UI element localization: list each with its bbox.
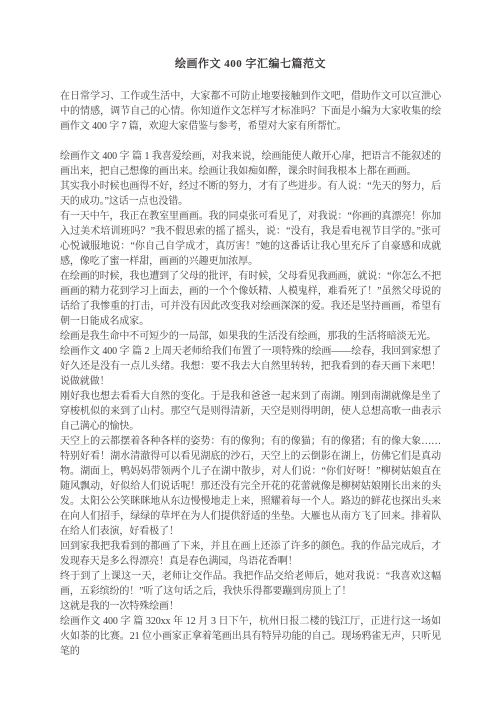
essay-paragraph: 有一天中午，我正在教室里画画。我的同桌张可看见了，对我说：“你画的真漂亮！你加入… xyxy=(60,209,441,269)
page-title: 绘画作文 400 字汇编七篇范文 xyxy=(60,57,441,72)
essay-paragraph: 刚好我也想去看看大自然的变化。于是我和爸爸一起来到了南湖。刚到南湖就像是坐了穿梭… xyxy=(60,389,441,434)
document-content: 绘画作文 400 字汇编七篇范文 在日常学习、工作或生活中，大家都不可防止地要接… xyxy=(60,57,441,659)
essay-paragraph: 终于到了上课这一天，老师让交作品。我把作品交给老师后，她对我说：“我喜欢这幅画，… xyxy=(60,569,441,599)
document-page: 绘画作文 400 字汇编七篇范文 在日常学习、工作或生活中，大家都不可防止地要接… xyxy=(0,0,500,707)
essay-paragraph: 绘画作文 400 字 篇 1 我喜爱绘画，对我来说，绘画能使人敞开心扉，把语言不… xyxy=(60,149,441,179)
essay-paragraph: 天空上的云都摆着各种各样的姿势：有的像狗；有的像猫；有的像猪；有的像大象……特别… xyxy=(60,434,441,539)
essay-paragraph: 在日常学习、工作或生活中，大家都不可防止地要接触到作文吧，借助作文可以宣泄心中的… xyxy=(60,89,441,134)
essay-paragraph: 其实我小时候也画得不好，经过不断的努力，才有了些进步。有人说：“先天的努力，后天… xyxy=(60,179,441,209)
essay-paragraph: 在绘画的时候，我也遭到了父母的批评，有时候，父母看见我画画，就说：“你怎么不把画… xyxy=(60,269,441,329)
essay-body: 在日常学习、工作或生活中，大家都不可防止地要接触到作文吧，借助作文可以宣泄心中的… xyxy=(60,89,441,659)
essay-paragraph: 绘画是我生命中不可短少的一局部，如果我的生活没有绘画，那我的生活将暗淡无光。 xyxy=(60,329,441,344)
essay-paragraph: 回到家我把我看到的都画了下来，并且在画上还添了许多的颜色。我的作品完成后，才发现… xyxy=(60,539,441,569)
essay-paragraph: 绘画作文 400 字 篇 320xx 年 12 月 3 日下午，杭州日报二楼的钱… xyxy=(60,614,441,659)
essay-paragraph: 绘画作文 400 字 篇 2 上周天老师给我们布置了一项特殊的绘画——绘春，我回… xyxy=(60,344,441,389)
essay-paragraph: 这就是我的一次特殊绘画！ xyxy=(60,599,441,614)
